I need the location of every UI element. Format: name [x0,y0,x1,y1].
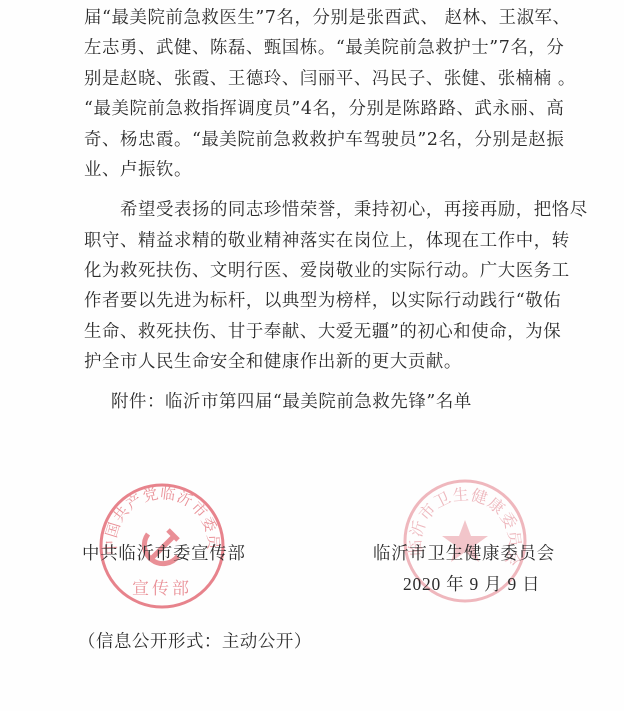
text-line: 左志勇、武健、陈磊、甄国栋。“最美院前急救护士”7名，分 [84,38,556,58]
text-line: 作者要以先进为标杆，以典型为榜样，以实际行动践行“敬佑 [84,291,556,311]
text-line: 届“最美院前急救医生”7名，分别是张酉武、 赵林、王淑军、 [84,8,556,28]
text-line: 化为救死扶伤、文明行医、爱岗敬业的实际行动。广大医务工 [84,261,556,281]
text-line: 职守、精益求精的敬业精神落实在岗位上，体现在工作中，转 [84,231,556,251]
text-line: 奇、杨忠霞。“最美院前急救救护车驾驶员”2名，分别是赵振 [84,130,556,150]
right-signatory: 临沂市卫生健康委员会 [373,539,555,564]
svg-text:宣传部: 宣传部 [132,579,192,599]
text-line: 生命、救死扶伤、甘于奉献、大爱无疆”的初心和使命，为保 [84,322,556,342]
text-line: 别是赵晓、张霞、王德玲、闫丽平、冯民子、张健、张楠楠 。 [84,69,556,89]
text-line: “最美院前急救指挥调度员”4名，分别是陈路路、武永丽、高 [84,99,556,119]
issue-date: 2020 年 9 月 9 日 [403,570,540,595]
text-line: 护全市人民生命安全和健康作出新的更大贡献。 [84,352,556,372]
attachment-line: 附件：临沂市第四届“最美院前急救先锋”名单 [111,387,472,412]
document-page: 届“最美院前急救医生”7名，分别是张酉武、 赵林、王淑军、 左志勇、武健、陈磊、… [0,0,624,711]
left-signatory: 中共临沂市委宣传部 [82,539,246,564]
text-line: 业、卢振钦。 [84,160,556,180]
disclosure-note: （信息公开形式：主动公开） [78,627,312,652]
text-line: 希望受表扬的同志珍惜荣誉，秉持初心，再接再励，把恪尽 [120,200,556,220]
